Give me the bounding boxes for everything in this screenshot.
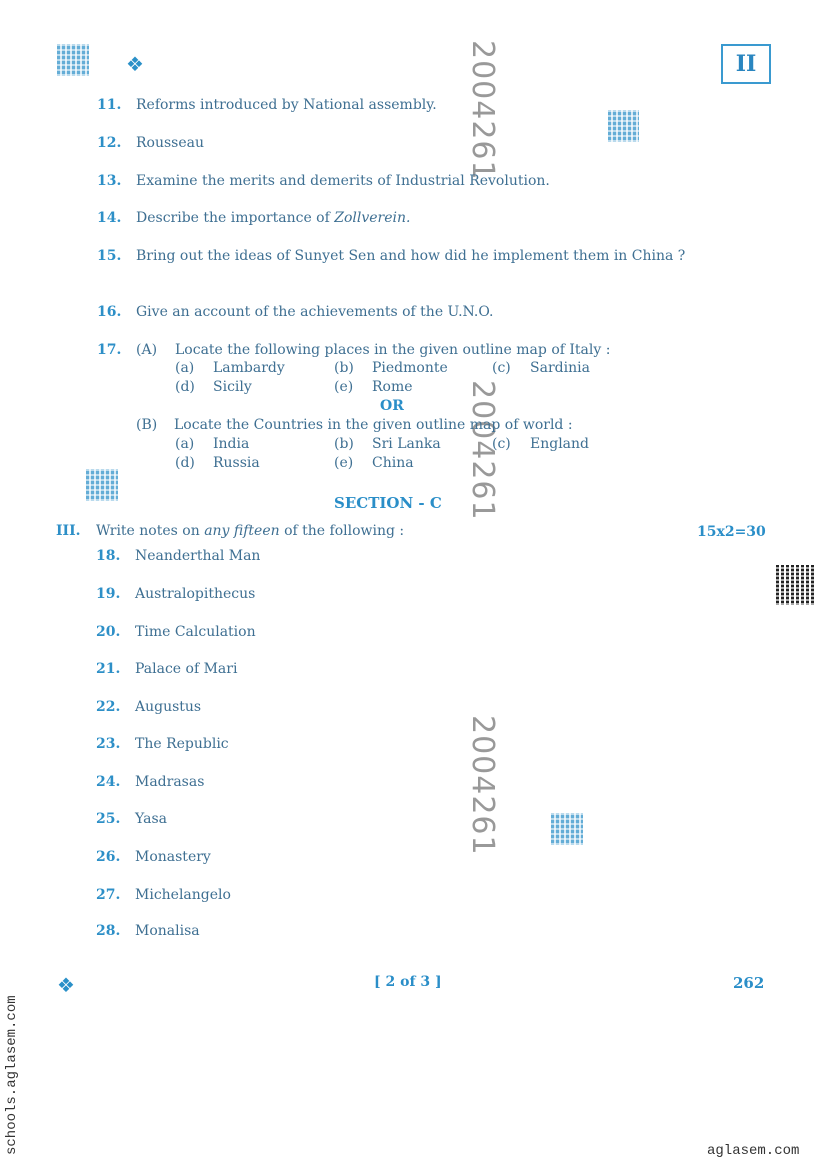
map-item: (b)Piedmonte — [334, 360, 448, 376]
question-text: Augustus — [135, 698, 735, 717]
side-site-link[interactable]: schools.aglasem.com — [4, 995, 20, 1155]
map-item: (d)Russia — [175, 455, 260, 471]
instruction-italic: any fifteen — [204, 523, 279, 539]
diamond-ornament-icon: ❖ — [57, 975, 75, 995]
note-item: 28.Monalisa — [96, 922, 735, 941]
qr-code-icon — [57, 44, 89, 76]
bottom-site-link[interactable]: aglasem.com — [707, 1143, 799, 1159]
instruction-text: of the following : — [280, 523, 405, 539]
question-number: 24. — [96, 773, 135, 792]
map-item: (e)China — [334, 455, 414, 471]
question-number: 23. — [96, 735, 135, 754]
diamond-ornament-icon: ❖ — [126, 54, 144, 74]
item-label: (e) — [334, 379, 372, 395]
question-14: 14. Describe the importance of Zollverei… — [97, 209, 736, 228]
item-text: Russia — [213, 455, 260, 471]
page-indicator: [ 2 of 3 ] — [374, 974, 442, 990]
question-number: 19. — [96, 585, 135, 604]
question-text: Examine the merits and demerits of Indus… — [136, 172, 736, 191]
question-text: Michelangelo — [135, 886, 735, 905]
question-number: 15. — [97, 247, 136, 266]
section-instruction: III.Write notes on any fifteen of the fo… — [56, 523, 404, 539]
item-label: (d) — [175, 455, 213, 471]
question-number: 14. — [97, 209, 136, 228]
set-label-box: II — [721, 44, 771, 84]
item-label: (c) — [492, 360, 530, 376]
qr-code-icon — [776, 565, 816, 605]
question-number: 28. — [96, 922, 135, 941]
section-title: SECTION - C — [334, 494, 442, 512]
note-item: 26.Monastery — [96, 848, 735, 867]
item-text: India — [213, 436, 249, 452]
paper-code: 262 — [733, 974, 764, 992]
question-number: 16. — [97, 303, 136, 322]
item-label: (c) — [492, 436, 530, 452]
item-text: Sicily — [213, 379, 252, 395]
note-item: 20.Time Calculation — [96, 623, 735, 642]
option-b: (B)Locate the Countries in the given out… — [136, 417, 573, 433]
question-text: Monalisa — [135, 922, 735, 941]
question-number: 13. — [97, 172, 136, 191]
option-b-label: (B) — [136, 417, 174, 433]
question-text-plain: Describe the importance of — [136, 210, 334, 226]
question-number: 18. — [96, 547, 135, 566]
note-item: 23.The Republic — [96, 735, 735, 754]
item-text: Sardinia — [530, 360, 590, 376]
note-item: 27.Michelangelo — [96, 886, 735, 905]
item-label: (b) — [334, 436, 372, 452]
option-b-text: Locate the Countries in the given outlin… — [174, 417, 573, 433]
or-separator: OR — [380, 398, 404, 414]
question-number: 22. — [96, 698, 135, 717]
note-item: 24.Madrasas — [96, 773, 735, 792]
question-13: 13. Examine the merits and demerits of I… — [97, 172, 736, 191]
item-label: (a) — [175, 436, 213, 452]
question-number: 17. — [97, 341, 136, 360]
question-text: Australopithecus — [135, 585, 735, 604]
map-item: (e)Rome — [334, 379, 413, 395]
question-text: Neanderthal Man — [135, 547, 735, 566]
note-item: 19.Australopithecus — [96, 585, 735, 604]
question-text: Time Calculation — [135, 623, 735, 642]
question-text: The Republic — [135, 735, 735, 754]
question-12: 12. Rousseau — [97, 134, 736, 153]
question-16: 16. Give an account of the achievements … — [97, 303, 736, 322]
qr-code-icon — [86, 469, 118, 501]
map-item: (a)India — [175, 436, 249, 452]
item-text: Piedmonte — [372, 360, 448, 376]
question-number: 27. — [96, 886, 135, 905]
marks-allocation: 15x2=30 — [697, 524, 766, 540]
map-item: (c)Sardinia — [492, 360, 590, 376]
question-number: 11. — [97, 96, 136, 115]
item-label: (e) — [334, 455, 372, 471]
set-label: II — [736, 51, 757, 77]
question-text: Give an account of the achievements of t… — [136, 303, 736, 322]
question-number: 21. — [96, 660, 135, 679]
option-a-label: (A) — [136, 341, 175, 360]
item-text: China — [372, 455, 414, 471]
question-text: Describe the importance of Zollverein. — [136, 209, 736, 228]
map-item: (a)Lambardy — [175, 360, 285, 376]
item-text: Lambardy — [213, 360, 285, 376]
item-text: Sri Lanka — [372, 436, 441, 452]
question-11: 11. Reforms introduced by National assem… — [97, 96, 736, 115]
question-number: 20. — [96, 623, 135, 642]
question-text: Palace of Mari — [135, 660, 735, 679]
item-text: Rome — [372, 379, 413, 395]
question-number: 26. — [96, 848, 135, 867]
note-item: 25.Yasa — [96, 810, 735, 829]
question-text: Bring out the ideas of Sunyet Sen and ho… — [136, 247, 734, 266]
question-number: 12. — [97, 134, 136, 153]
map-item: (c)England — [492, 436, 589, 452]
note-item: 22.Augustus — [96, 698, 735, 717]
question-text: Rousseau — [136, 134, 736, 153]
question-15: 15. Bring out the ideas of Sunyet Sen an… — [97, 247, 734, 266]
roman-numeral: III. — [56, 523, 96, 539]
question-text: Reforms introduced by National assembly. — [136, 96, 736, 115]
question-text-italic: Zollverein. — [334, 210, 410, 226]
map-item: (d)Sicily — [175, 379, 252, 395]
map-item: (b)Sri Lanka — [334, 436, 441, 452]
item-label: (b) — [334, 360, 372, 376]
item-label: (a) — [175, 360, 213, 376]
item-text: England — [530, 436, 589, 452]
question-17: 17. (A) Locate the following places in t… — [97, 341, 610, 360]
question-text: Monastery — [135, 848, 735, 867]
item-label: (d) — [175, 379, 213, 395]
note-item: 18.Neanderthal Man — [96, 547, 735, 566]
question-text: Madrasas — [135, 773, 735, 792]
option-a-text: Locate the following places in the given… — [175, 341, 610, 360]
instruction-text: Write notes on — [96, 523, 204, 539]
note-item: 21.Palace of Mari — [96, 660, 735, 679]
question-text: Yasa — [135, 810, 735, 829]
question-number: 25. — [96, 810, 135, 829]
